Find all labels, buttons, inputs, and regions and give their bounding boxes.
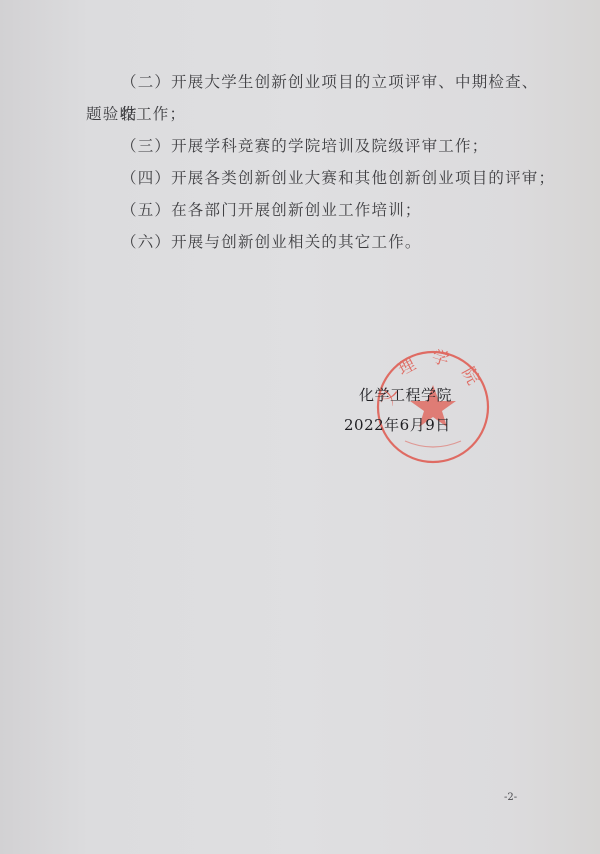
- item-2-continuation: 题验收工作；: [86, 98, 526, 130]
- official-seal-stamp: 文理学院: [375, 349, 491, 465]
- document-page: （二）开展大学生创新创业项目的立项评审、中期检查、结 题验收工作； （三）开展学…: [0, 0, 600, 854]
- document-date: 2022年6月9日: [344, 414, 451, 435]
- signature-department: 化学工程学院: [359, 384, 452, 405]
- item-6: （六）开展与创新创业相关的其它工作。: [121, 226, 561, 258]
- page-number: -2-: [504, 792, 517, 803]
- item-5: （五）在各部门开展创新创业工作培训；: [121, 194, 561, 226]
- item-3: （三）开展学科竞赛的学院培训及院级评审工作；: [121, 130, 561, 162]
- item-4: （四）开展各类创新创业大赛和其他创新创业项目的评审；: [121, 162, 561, 194]
